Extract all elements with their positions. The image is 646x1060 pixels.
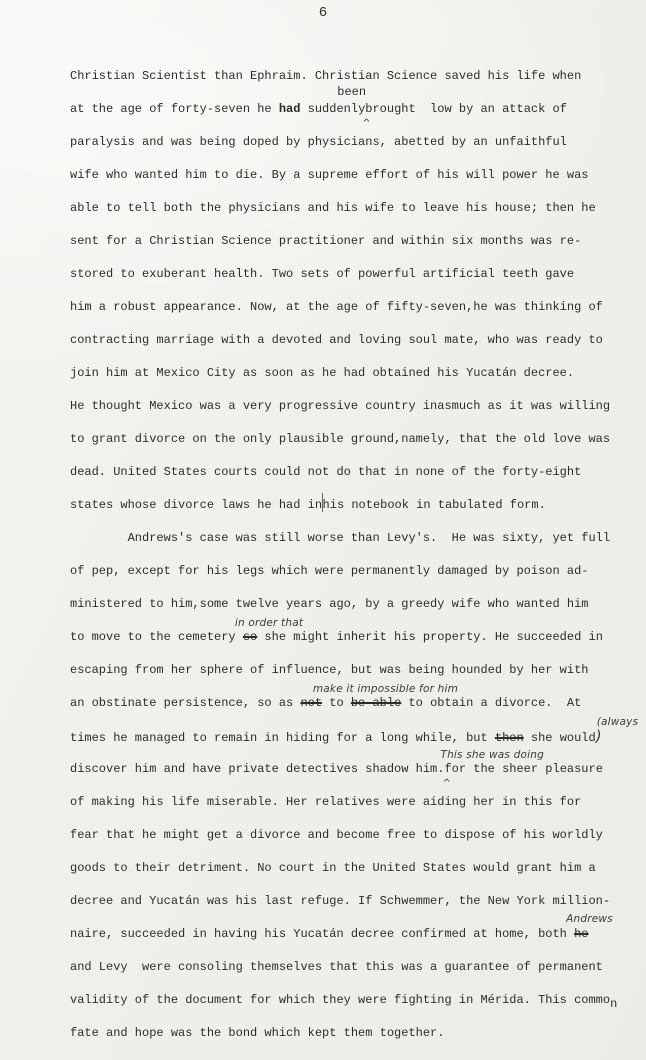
typed-line: wife who wanted him to die. By a supreme… <box>70 159 622 192</box>
typed-line: join him at Mexico City as soon as he ha… <box>70 357 622 390</box>
typed-text: she might inherit his property. He succe… <box>257 630 603 644</box>
typed-text: dead. United States courts could not do … <box>70 465 581 479</box>
typed-text: to grant divorce on the only plausible g… <box>70 432 610 446</box>
typed-line: to move to the cemetery in order thatso … <box>70 621 622 654</box>
struck-out-text: not <box>300 696 322 710</box>
typed-line: to grant divorce on the only plausible g… <box>70 423 622 456</box>
handwritten-parenthesis: ) <box>596 727 602 745</box>
typed-line: paralysis and was being doped by physici… <box>70 126 622 159</box>
typed-text: and Levy were consoling themselves that … <box>70 960 603 974</box>
typed-line: escaping from her sphere of influence, b… <box>70 654 622 687</box>
typed-line: discover him and have private detectives… <box>70 753 622 786</box>
typed-line: goods to their detriment. No court in th… <box>70 852 622 885</box>
typed-text: wife who wanted him to die. By a supreme… <box>70 168 588 182</box>
typed-text: him a robust appearance. Now, at the age… <box>70 300 603 314</box>
typed-text: sent for a Christian Science practitione… <box>70 234 581 248</box>
typed-line: ministered to him,some twelve years ago,… <box>70 588 622 621</box>
typed-line: contracting marriage with a devoted and … <box>70 324 622 357</box>
typed-text: suddenly <box>300 102 365 116</box>
typed-text: of making his life miserable. Her relati… <box>70 795 581 809</box>
typed-text: times he managed to remain in hiding for… <box>70 731 495 745</box>
typed-text: to obtain a divorce. At <box>401 696 581 710</box>
typed-text: escaping from her sphere of influence, b… <box>70 663 588 677</box>
typed-text: stored to exuberant health. Two sets of … <box>70 267 574 281</box>
struck-out-text: so <box>243 630 257 644</box>
struck-out-text: he <box>574 927 588 941</box>
typed-text: He thought Mexico was a very progressive… <box>70 399 610 413</box>
typed-text: paralysis and was being doped by physici… <box>70 135 567 149</box>
handwritten-annotation: (always <box>597 717 639 728</box>
typed-line: naire, succeeded in having his Yucatán d… <box>70 918 622 951</box>
typed-text: fear that he might get a divorce and bec… <box>70 828 603 842</box>
typed-line: validity of the document for which they … <box>70 984 622 1017</box>
typed-line: dead. United States courts could not do … <box>70 456 622 489</box>
typed-line: of pep, except for his legs which were p… <box>70 555 622 588</box>
typed-text: discover him and have private detectives… <box>70 762 444 776</box>
typed-text: ministered to him,some twelve years ago,… <box>70 597 588 611</box>
handwritten-annotation: in order that <box>235 618 303 629</box>
typed-line: at the age of forty-seven he had suddenl… <box>70 93 622 126</box>
typed-text: goods to their detriment. No court in th… <box>70 861 596 875</box>
typed-text: validity of the document for which they … <box>70 993 610 1007</box>
typed-text: join him at Mexico City as soon as he ha… <box>70 366 574 380</box>
typed-line: He thought Mexico was a very progressive… <box>70 390 622 423</box>
struck-out-text: be able <box>351 696 401 710</box>
typed-line: stored to exuberant health. Two sets of … <box>70 258 622 291</box>
typed-text: at the age of forty-seven he <box>70 102 279 116</box>
typed-line: sent for a Christian Science practitione… <box>70 225 622 258</box>
typed-text: she would <box>524 731 596 745</box>
struck-out-text: then <box>495 731 524 745</box>
typed-text: for the sheer pleasure <box>444 762 602 776</box>
typed-text: able to tell both the physicians and his… <box>70 201 596 215</box>
emphasized-text: had <box>279 102 301 116</box>
typed-text-body: Christian Scientist than Ephraim. Christ… <box>70 60 622 1050</box>
typed-text: an obstinate persistence, so as <box>70 696 300 710</box>
typed-text: his notebook in tabulated form. <box>323 498 546 512</box>
typed-line: fate and hope was the bond which kept th… <box>70 1017 622 1050</box>
typed-text: contracting marriage with a devoted and … <box>70 333 603 347</box>
typed-line: Andrews's case was still worse than Levy… <box>70 522 622 555</box>
typed-text: Andrews's case was still worse than Levy… <box>70 531 610 545</box>
typed-text: of pep, except for his legs which were p… <box>70 564 588 578</box>
typed-line: states whose divorce laws he had inhis n… <box>70 489 622 522</box>
typed-line: and Levy were consoling themselves that … <box>70 951 622 984</box>
typed-line: him a robust appearance. Now, at the age… <box>70 291 622 324</box>
typed-text: to <box>322 696 351 710</box>
typed-text: fate and hope was the bond which kept th… <box>70 1026 444 1040</box>
typed-text: decree and Yucatán was his last refuge. … <box>70 894 610 908</box>
page-number: 6 <box>0 5 646 21</box>
typed-text: naire, succeeded in having his Yucatán d… <box>70 927 574 941</box>
typed-text: brought low by an attack of <box>365 102 567 116</box>
typed-text: to move to the cemetery <box>70 630 243 644</box>
typed-line: of making his life miserable. Her relati… <box>70 786 622 819</box>
typed-insertion-above-line: been <box>337 86 366 98</box>
typed-text: Christian Scientist than Ephraim. Christ… <box>70 69 581 83</box>
typed-text: states whose divorce laws he had in <box>70 498 322 512</box>
typed-line: fear that he might get a divorce and bec… <box>70 819 622 852</box>
document-page: 6 Christian Scientist than Ephraim. Chri… <box>0 0 646 1060</box>
handwritten-annotation: This she was doing <box>440 750 543 761</box>
handwritten-annotation: make it impossible for him <box>313 684 458 695</box>
typed-line: able to tell both the physicians and his… <box>70 192 622 225</box>
typed-line: an obstinate persistence, so as not to m… <box>70 687 622 720</box>
typed-line: decree and Yucatán was his last refuge. … <box>70 885 622 918</box>
handwritten-annotation: Andrews <box>566 914 613 925</box>
